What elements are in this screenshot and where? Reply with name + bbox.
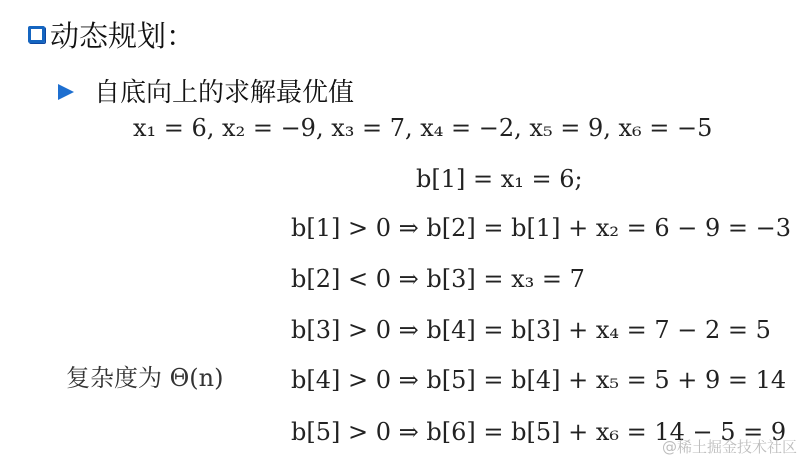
heading-text: 动态规划：	[50, 14, 195, 55]
hollow-square-bullet-icon	[28, 26, 45, 43]
step-4: b[3] > 0 ⇒ b[4] = b[3] + x₄ = 7 − 2 = 5	[291, 316, 771, 344]
complexity-note: 复杂度为 Θ(n)	[66, 358, 224, 393]
watermark: @稀土掘金技术社区	[662, 436, 797, 457]
step-2: b[1] > 0 ⇒ b[2] = b[1] + x₂ = 6 − 9 = −3	[291, 214, 791, 242]
given-values: x₁ = 6, x₂ = −9, x₃ = 7, x₄ = −2, x₅ = 9…	[133, 114, 712, 142]
subheading-text: 自底向上的求解最优值	[94, 72, 354, 109]
section-heading: 动态规划：	[28, 14, 195, 55]
step-5: b[4] > 0 ⇒ b[5] = b[4] + x₅ = 5 + 9 = 14	[291, 366, 786, 394]
step-1: b[1] = x₁ = 6;	[416, 165, 583, 193]
arrow-bullet-icon	[58, 84, 74, 100]
subheading: 自底向上的求解最优值	[58, 72, 354, 109]
step-3: b[2] < 0 ⇒ b[3] = x₃ = 7	[291, 265, 585, 293]
